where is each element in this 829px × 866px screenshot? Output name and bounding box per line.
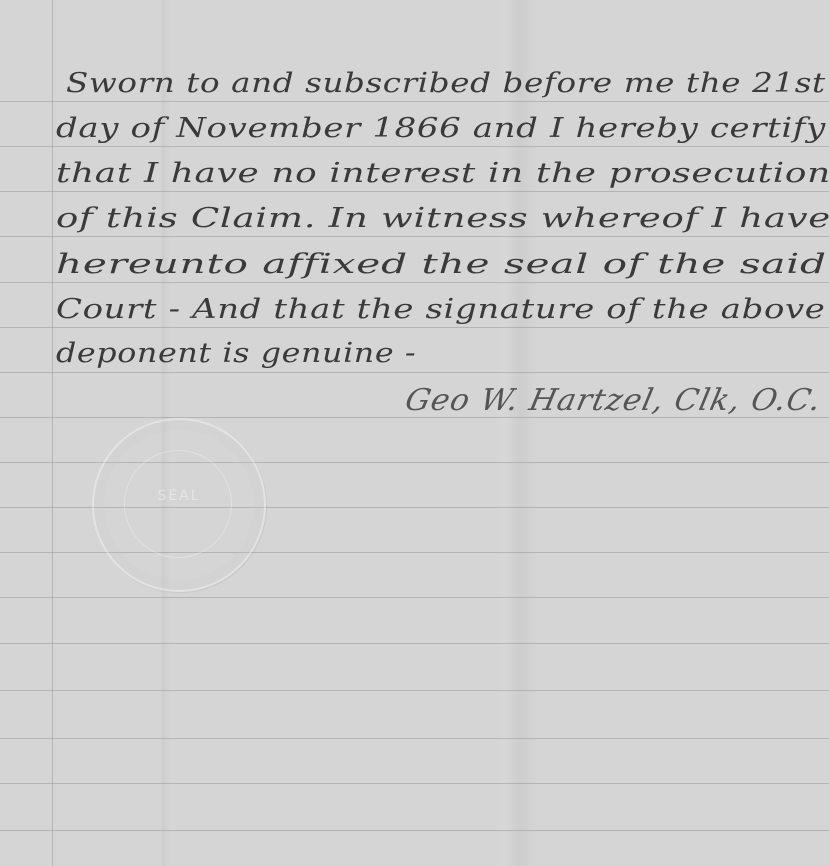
handwritten-line-1: Sworn to and subscribed before me the 21… <box>66 68 826 99</box>
handwritten-line-4: of this Claim. In witness whereof I have <box>56 203 829 234</box>
seal-inner-ring <box>124 450 232 558</box>
ruled-line <box>0 101 829 102</box>
ruled-line <box>0 738 829 739</box>
ruled-line <box>0 372 829 373</box>
seal-text: SEAL <box>94 488 264 504</box>
ruled-line <box>0 282 829 283</box>
ruled-line <box>0 146 829 147</box>
handwritten-line-6: Court - And that the signature of the ab… <box>56 294 825 325</box>
ruled-line <box>0 327 829 328</box>
ruled-line <box>0 191 829 192</box>
clerk-signature: Geo W. Hartzel, Clk, O.C. <box>402 383 825 418</box>
document-page: SEAL Sworn to and subscribed before me t… <box>0 0 829 866</box>
ruled-line <box>0 783 829 784</box>
handwritten-line-2: day of November 1866 and I hereby certif… <box>56 113 826 144</box>
court-seal: SEAL <box>92 418 266 592</box>
ruled-line <box>0 236 829 237</box>
ruled-line <box>0 643 829 644</box>
ruled-line <box>0 830 829 831</box>
margin-line <box>52 0 53 866</box>
ruled-line <box>0 690 829 691</box>
handwritten-line-3: that I have no interest in the prosecuti… <box>56 158 829 189</box>
handwritten-line-7: deponent is genuine - <box>56 338 416 369</box>
handwritten-line-5: hereunto affixed the seal of the said <box>56 249 827 280</box>
ruled-line <box>0 597 829 598</box>
